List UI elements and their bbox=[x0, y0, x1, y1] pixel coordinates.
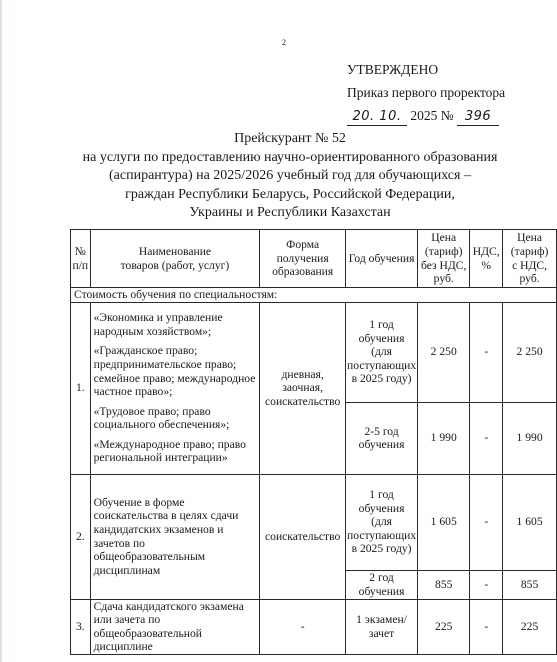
handwritten-number: 396 bbox=[457, 109, 499, 126]
row-price: 225 bbox=[418, 599, 470, 654]
row-year: 1 год обучения (для поступающих в 2025 г… bbox=[346, 474, 418, 570]
specialty-name: «Экономика и управление народным хозяйст… bbox=[94, 311, 257, 338]
title-line: (аспирантура) на 2025/2026 учебный год д… bbox=[40, 167, 540, 186]
table-row: 1. «Экономика и управление народным хозя… bbox=[71, 302, 557, 402]
specialty-name: «Трудовое право; право социального обесп… bbox=[94, 405, 257, 432]
row-year: 2 год обучения bbox=[346, 570, 418, 599]
row-name: «Экономика и управление народным хозяйст… bbox=[90, 302, 260, 474]
row-number: 2. bbox=[71, 474, 91, 599]
title-line: на услуги по предоставлению научно-ориен… bbox=[40, 149, 540, 168]
header-year: Год обучения bbox=[346, 230, 418, 288]
row-price: 855 bbox=[418, 570, 470, 599]
header-form: Форма получения образования bbox=[260, 230, 346, 288]
row-price: 1 605 bbox=[418, 474, 470, 570]
row-form: дневная, заочная, соискательство bbox=[260, 302, 346, 474]
table-header-row: № п/п Наименование товаров (работ, услуг… bbox=[71, 230, 557, 288]
row-vat: - bbox=[470, 302, 503, 402]
row-vat: - bbox=[470, 599, 503, 654]
table-row: 2. Обучение в форме соискательства в цел… bbox=[71, 474, 557, 570]
header-price-vat: Цена (тариф) с НДС, руб. bbox=[503, 230, 557, 288]
title-line: Прейскурант № 52 bbox=[40, 130, 540, 149]
page-edge bbox=[0, 0, 2, 662]
row-price-vat: 1 990 bbox=[503, 402, 557, 474]
row-name: Сдача кандидатского экзамена или зачета … bbox=[90, 599, 260, 654]
table-row: 3. Сдача кандидатского экзамена или заче… bbox=[71, 599, 557, 654]
price-table: № п/п Наименование товаров (работ, услуг… bbox=[70, 229, 557, 655]
title-line: Украины и Республики Казахстан bbox=[40, 204, 540, 223]
row-name: Обучение в форме соискательства в целях … bbox=[90, 474, 260, 599]
section-label: Стоимость обучения по специальностям: bbox=[71, 288, 557, 303]
page-number: 2 bbox=[282, 38, 286, 47]
row-vat: - bbox=[470, 570, 503, 599]
row-year: 1 год обучения (для поступающих в 2025 г… bbox=[346, 302, 418, 402]
section-row: Стоимость обучения по специальностям: bbox=[71, 288, 557, 303]
handwritten-date: 20. 10. bbox=[347, 109, 407, 126]
approval-block: УТВЕРЖДЕНО Приказ первого проректора 20.… bbox=[347, 58, 505, 127]
row-price-vat: 2 250 bbox=[503, 302, 557, 402]
row-price: 2 250 bbox=[418, 302, 470, 402]
row-year: 1 экзамен/ зачет bbox=[346, 599, 418, 654]
row-form: соискательство bbox=[260, 474, 346, 599]
header-price-no-vat: Цена (тариф) без НДС, руб. bbox=[418, 230, 470, 288]
approval-year: 2025 № bbox=[410, 108, 453, 123]
specialty-name: «Международное право; право региональной… bbox=[94, 438, 257, 465]
title-line: граждан Республики Беларусь, Российской … bbox=[40, 186, 540, 205]
row-number: 3. bbox=[71, 599, 91, 654]
row-price-vat: 225 bbox=[503, 599, 557, 654]
header-name: Наименование товаров (работ, услуг) bbox=[90, 230, 260, 288]
approval-order-line: Приказ первого проректора bbox=[347, 81, 505, 104]
row-price-vat: 855 bbox=[503, 570, 557, 599]
row-number: 1. bbox=[71, 302, 91, 474]
document-title: Прейскурант № 52 на услуги по предоставл… bbox=[40, 130, 540, 223]
header-num: № п/п bbox=[71, 230, 91, 288]
row-price-vat: 1 605 bbox=[503, 474, 557, 570]
row-vat: - bbox=[470, 474, 503, 570]
row-form: - bbox=[260, 599, 346, 654]
row-vat: - bbox=[470, 402, 503, 474]
approval-stamp: УТВЕРЖДЕНО bbox=[347, 58, 505, 81]
header-vat: НДС, % bbox=[470, 230, 503, 288]
approval-date-line: 20. 10. 2025 № 396 bbox=[347, 104, 505, 127]
row-year: 2-5 год обучения bbox=[346, 402, 418, 474]
row-price: 1 990 bbox=[418, 402, 470, 474]
specialty-name: «Гражданское право; предпринимательское … bbox=[94, 344, 257, 398]
